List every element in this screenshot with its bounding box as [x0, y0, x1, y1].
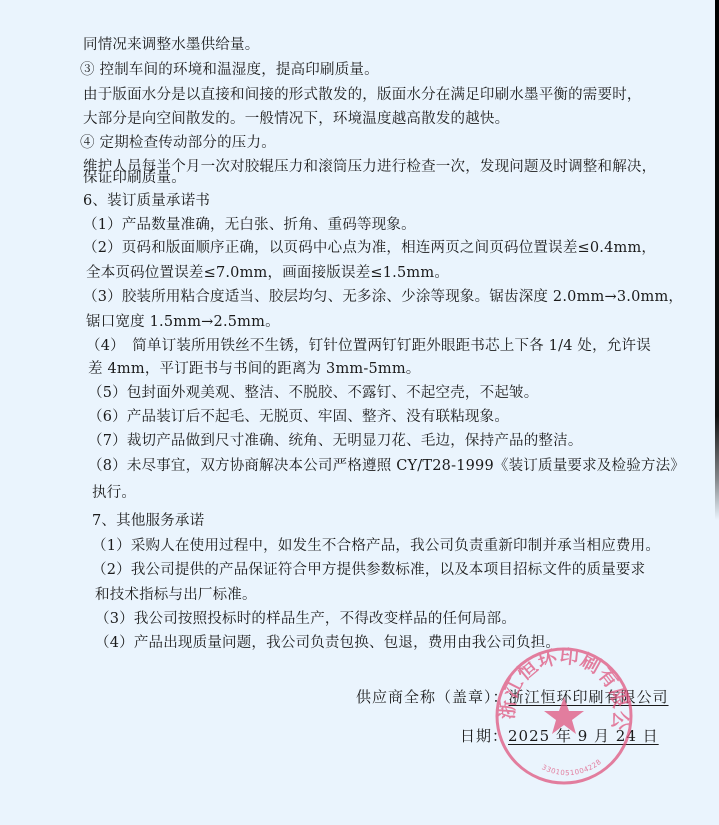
document-page: 同情况来调整水墨供给量。③ 控制车间的环境和温湿度，提高印刷质量。由于版面水分是…: [0, 0, 719, 825]
text-line: （5）包封面外观美观、整洁、不脱胶、不露钉、不起空壳，不起皱。: [88, 384, 538, 402]
text-line: 大部分是向空间散发的。一般情况下，环境温度越高散发的越快。: [83, 110, 509, 128]
text-line: 6、装订质量承诺书: [83, 192, 210, 210]
text-line: 由于版面水分是以直接和间接的形式散发的，版面水分在满足印刷水墨平衡的需要时，: [83, 86, 642, 104]
text-line: （1）采购人在使用过程中，如发生不合格产品，我公司负责重新印制并承当相应费用。: [92, 537, 660, 555]
text-line: （2）我公司提供的产品保证符合甲方提供参数标准，以及本项目招标文件的质量要求: [92, 561, 645, 579]
text-line: 保证印刷质量。: [83, 169, 186, 187]
text-line: 同情况来调整水墨供给量。: [83, 36, 259, 54]
text-line: 执行。: [92, 484, 136, 502]
text-line: 7、其他服务承诺: [92, 512, 204, 530]
text-line: ④ 定期检查传动部分的压力。: [80, 134, 276, 152]
svg-text:3301051004228: 3301051004228: [540, 758, 603, 777]
supplier-name: 浙江恒环印刷有限公司: [509, 688, 669, 706]
text-line: （2）页码和版面顺序正确，以页码中心点为准，相连两页之间页码位置误差≤0.4mm…: [83, 239, 656, 257]
text-line: （4） 简单订装所用铁丝不生锈，钉针位置两钉钉距外眼距书芯上下各 1/4 处，允…: [86, 337, 651, 355]
scan-edge: [715, 0, 719, 520]
text-line: 锯口宽度 1.5mm→2.5mm。: [86, 313, 280, 331]
supplier-label: 供应商全称（盖章）：: [356, 688, 509, 706]
date-label: 日期：: [460, 727, 508, 745]
company-seal-icon: 浙江恒环印刷有限公司 3301051004228: [493, 645, 635, 787]
seal-code: 3301051004228: [540, 758, 603, 777]
supplier-row: 供应商全称（盖章）：浙江恒环印刷有限公司: [356, 687, 669, 707]
date-value: 2025 年 9 月 24 日: [508, 727, 659, 745]
text-line: ③ 控制车间的环境和温湿度，提高印刷质量。: [80, 61, 379, 79]
text-line: （6）产品装订后不起毛、无脱页、牢固、整齐、没有联粘现象。: [88, 408, 509, 426]
text-line: 差 4mm，平订距书与书间的距离为 3mm-5mm。: [88, 360, 421, 378]
text-line: 和技术指标与出厂标准。: [95, 586, 257, 604]
text-line: （8）未尽事宜，双方协商解决本公司严格遵照 CY/T28-1999《装订质量要求…: [88, 457, 685, 475]
text-line: （3）胶装所用粘合度适当、胶层均匀、无多涂、少涂等现象。锯齿深度 2.0mm→3…: [83, 288, 683, 306]
text-line: （7）裁切产品做到尺寸准确、统角、无明显刀花、毛边，保持产品的整洁。: [88, 432, 583, 450]
date-row: 日期：2025 年 9 月 24 日: [460, 726, 659, 746]
text-line: （1）产品数量准确，无白张、折角、重码等现象。: [83, 216, 416, 234]
text-line: （3）我公司按照投标时的样品生产，不得改变样品的任何局部。: [95, 610, 516, 628]
text-line: （4）产品出现质量问题，我公司负责包换、包退，费用由我公司负担。: [95, 634, 560, 652]
text-line: 全本页码位置误差≤7.0mm，画面接版误差≤1.5mm。: [86, 264, 449, 282]
